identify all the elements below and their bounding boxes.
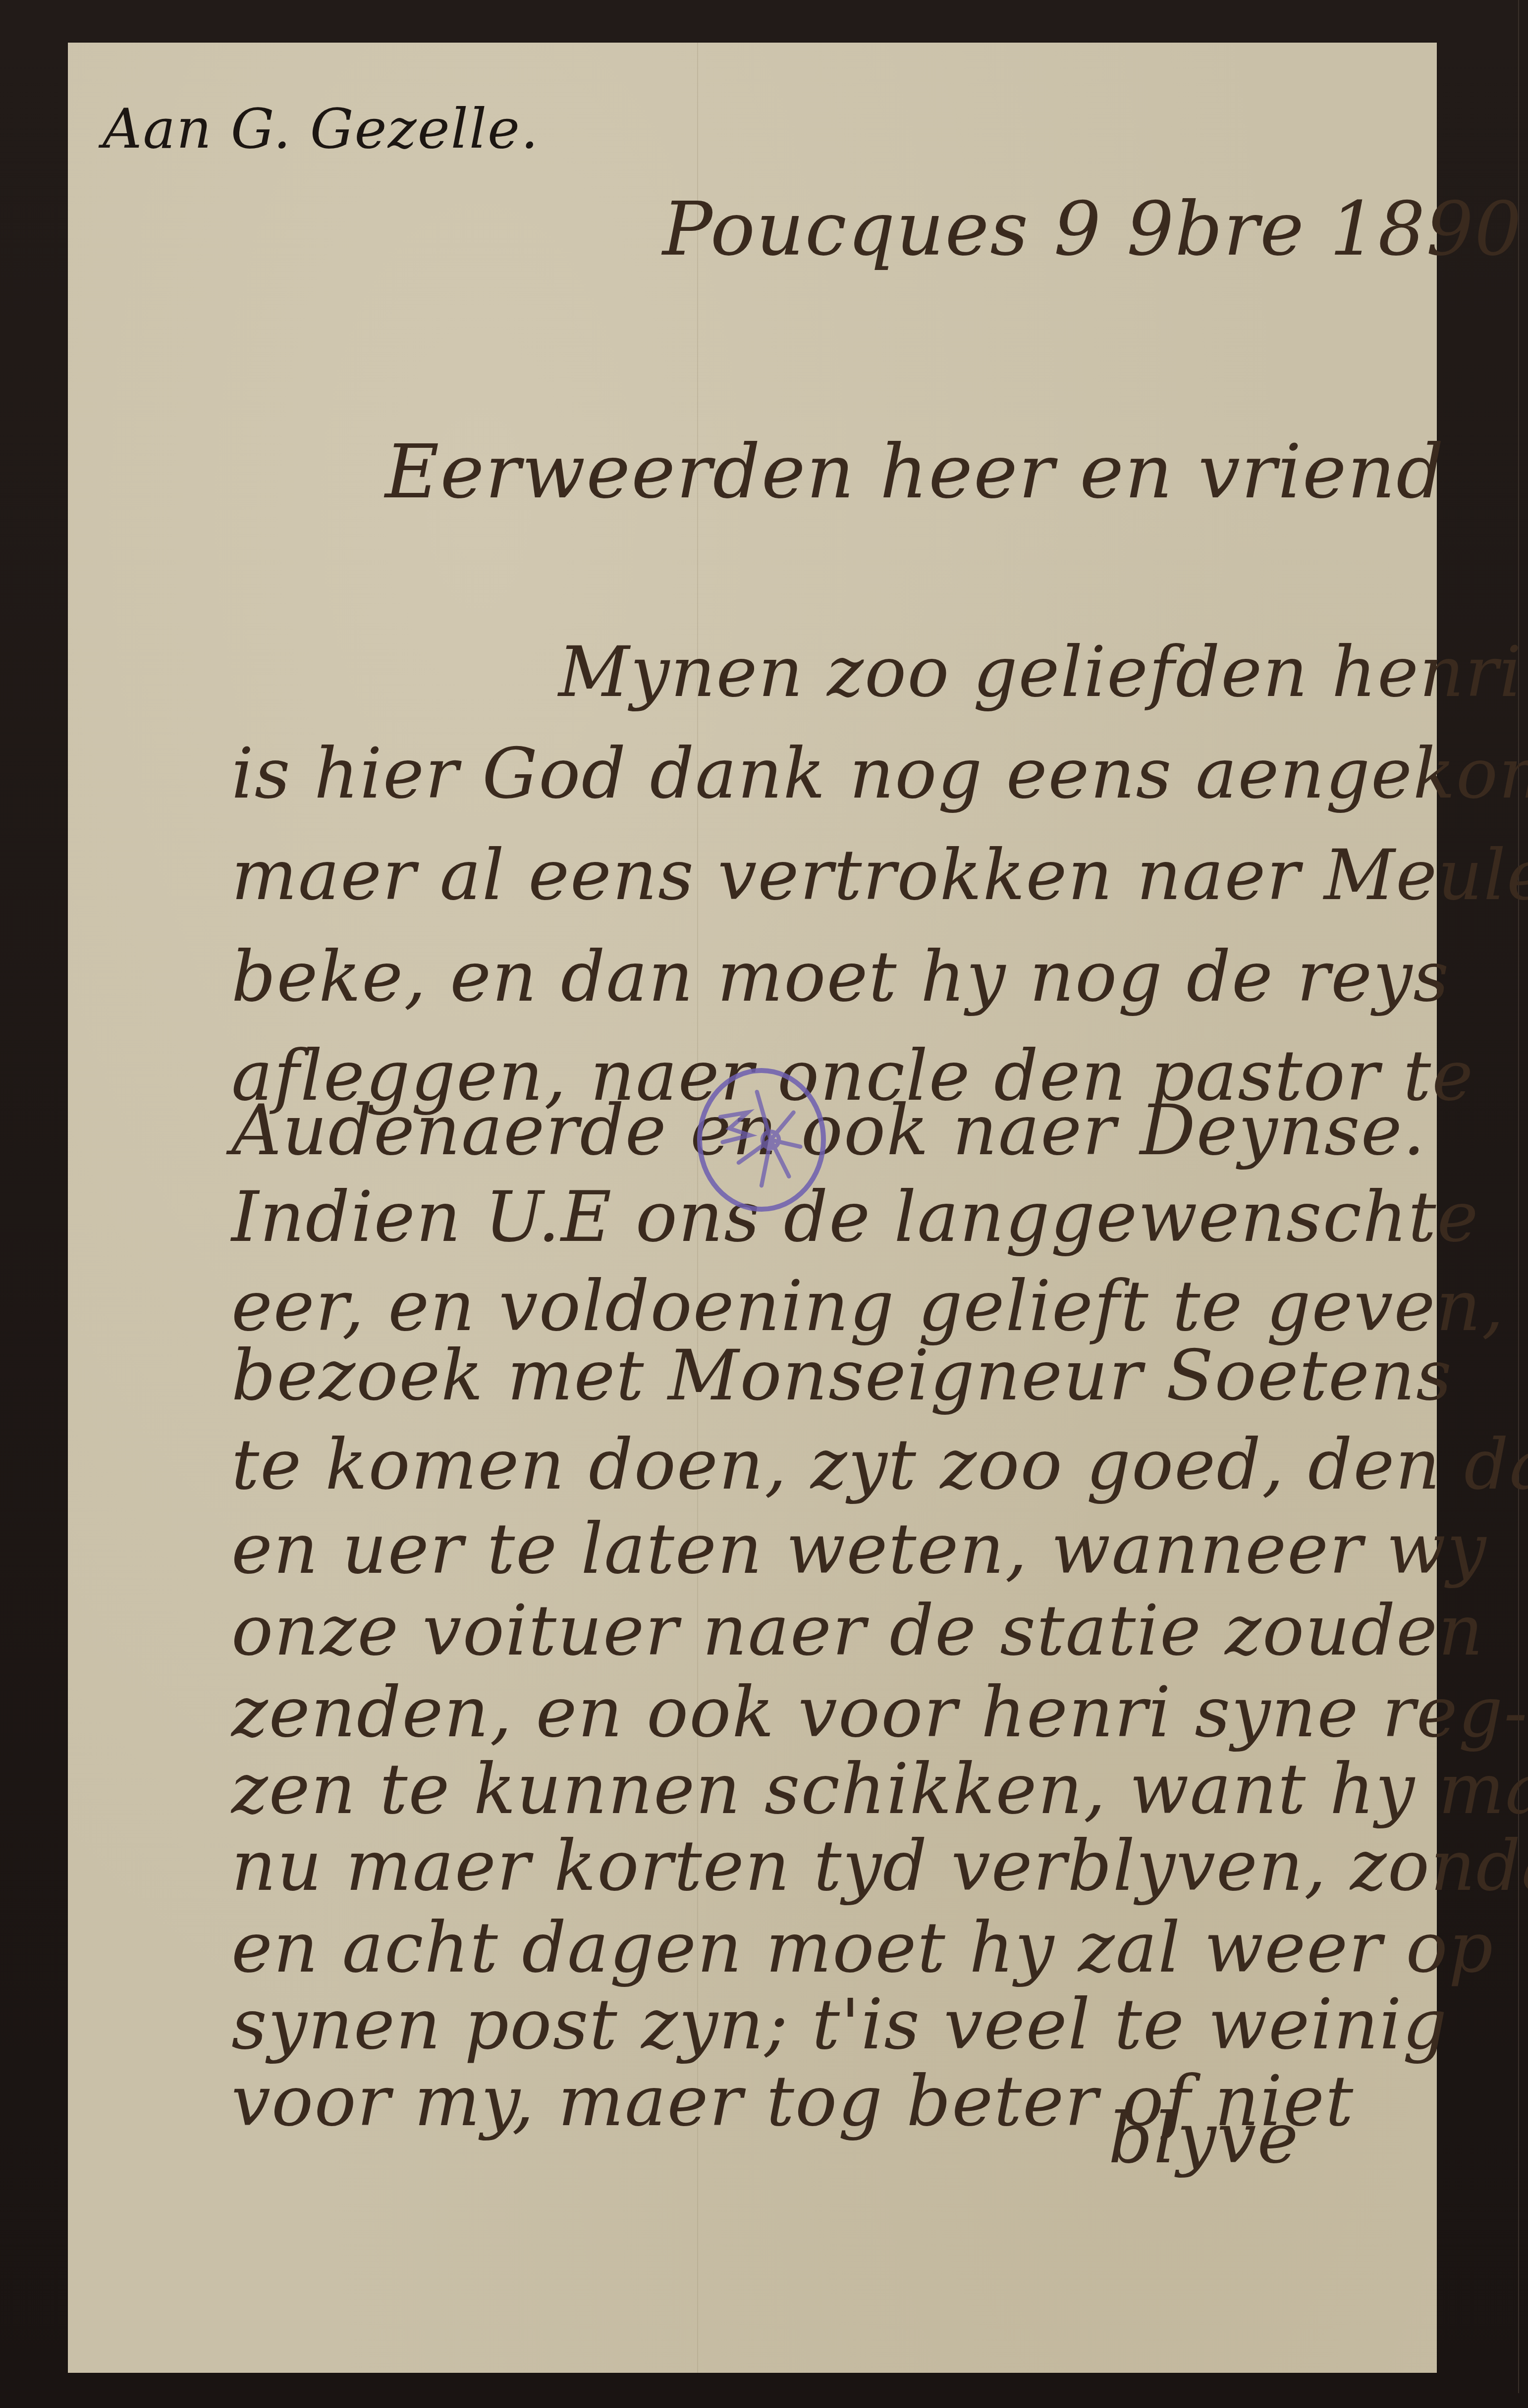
body-line: bezoek met Monseigneur Soetens [231, 1336, 1453, 1416]
body-line: beke, en dan moet hy nog de reys [231, 937, 1450, 1017]
body-line: is hier God dank nog eens aengekomen, [231, 734, 1528, 814]
dateline: Poucques 9 9bre 1890 [662, 186, 1523, 272]
body-line: zen te kunnen schikken, want hy mag [231, 1749, 1528, 1830]
addressee: Aan G. Gezelle. [103, 97, 539, 161]
body-line: en acht dagen moet hy zal weer op [231, 1908, 1494, 1988]
flower-star-monogram-icon [702, 1073, 821, 1207]
salutation: Eerweerden heer en vriend [385, 429, 1445, 515]
body-line: Audenaerde en ook naer Deynse. [231, 1090, 1426, 1171]
backing-board-edge [1515, 0, 1519, 2393]
body-line: en uer te laten weten, wanneer wy [231, 1509, 1487, 1590]
body-line: nu maer korten tyd verblyven, zondag [231, 1826, 1528, 1907]
body-line: onze voituer naer de statie zouden [231, 1591, 1484, 1671]
library-stamp [697, 1068, 826, 1212]
body-line: Indien U.E ons de langgewenschte [231, 1177, 1479, 1258]
body-line: maer al eens vertrokken naer Meule- [231, 835, 1528, 916]
letter-paper: Aan G. Gezelle. Poucques 9 9bre 1890 Eer… [68, 43, 1437, 2373]
body-line: te komen doen, zyt zoo goed, den dag [231, 1425, 1528, 1505]
body-line: eer, en voldoening gelieft te geven, een [231, 1266, 1528, 1347]
closing-word: blyve [1108, 2098, 1299, 2179]
body-line: Mynen zoo geliefden henri [558, 632, 1523, 713]
body-line: zenden, en ook voor henri syne reg- [231, 1672, 1528, 1753]
body-line: synen post zyn; t'is veel te weinig [231, 1984, 1448, 2065]
